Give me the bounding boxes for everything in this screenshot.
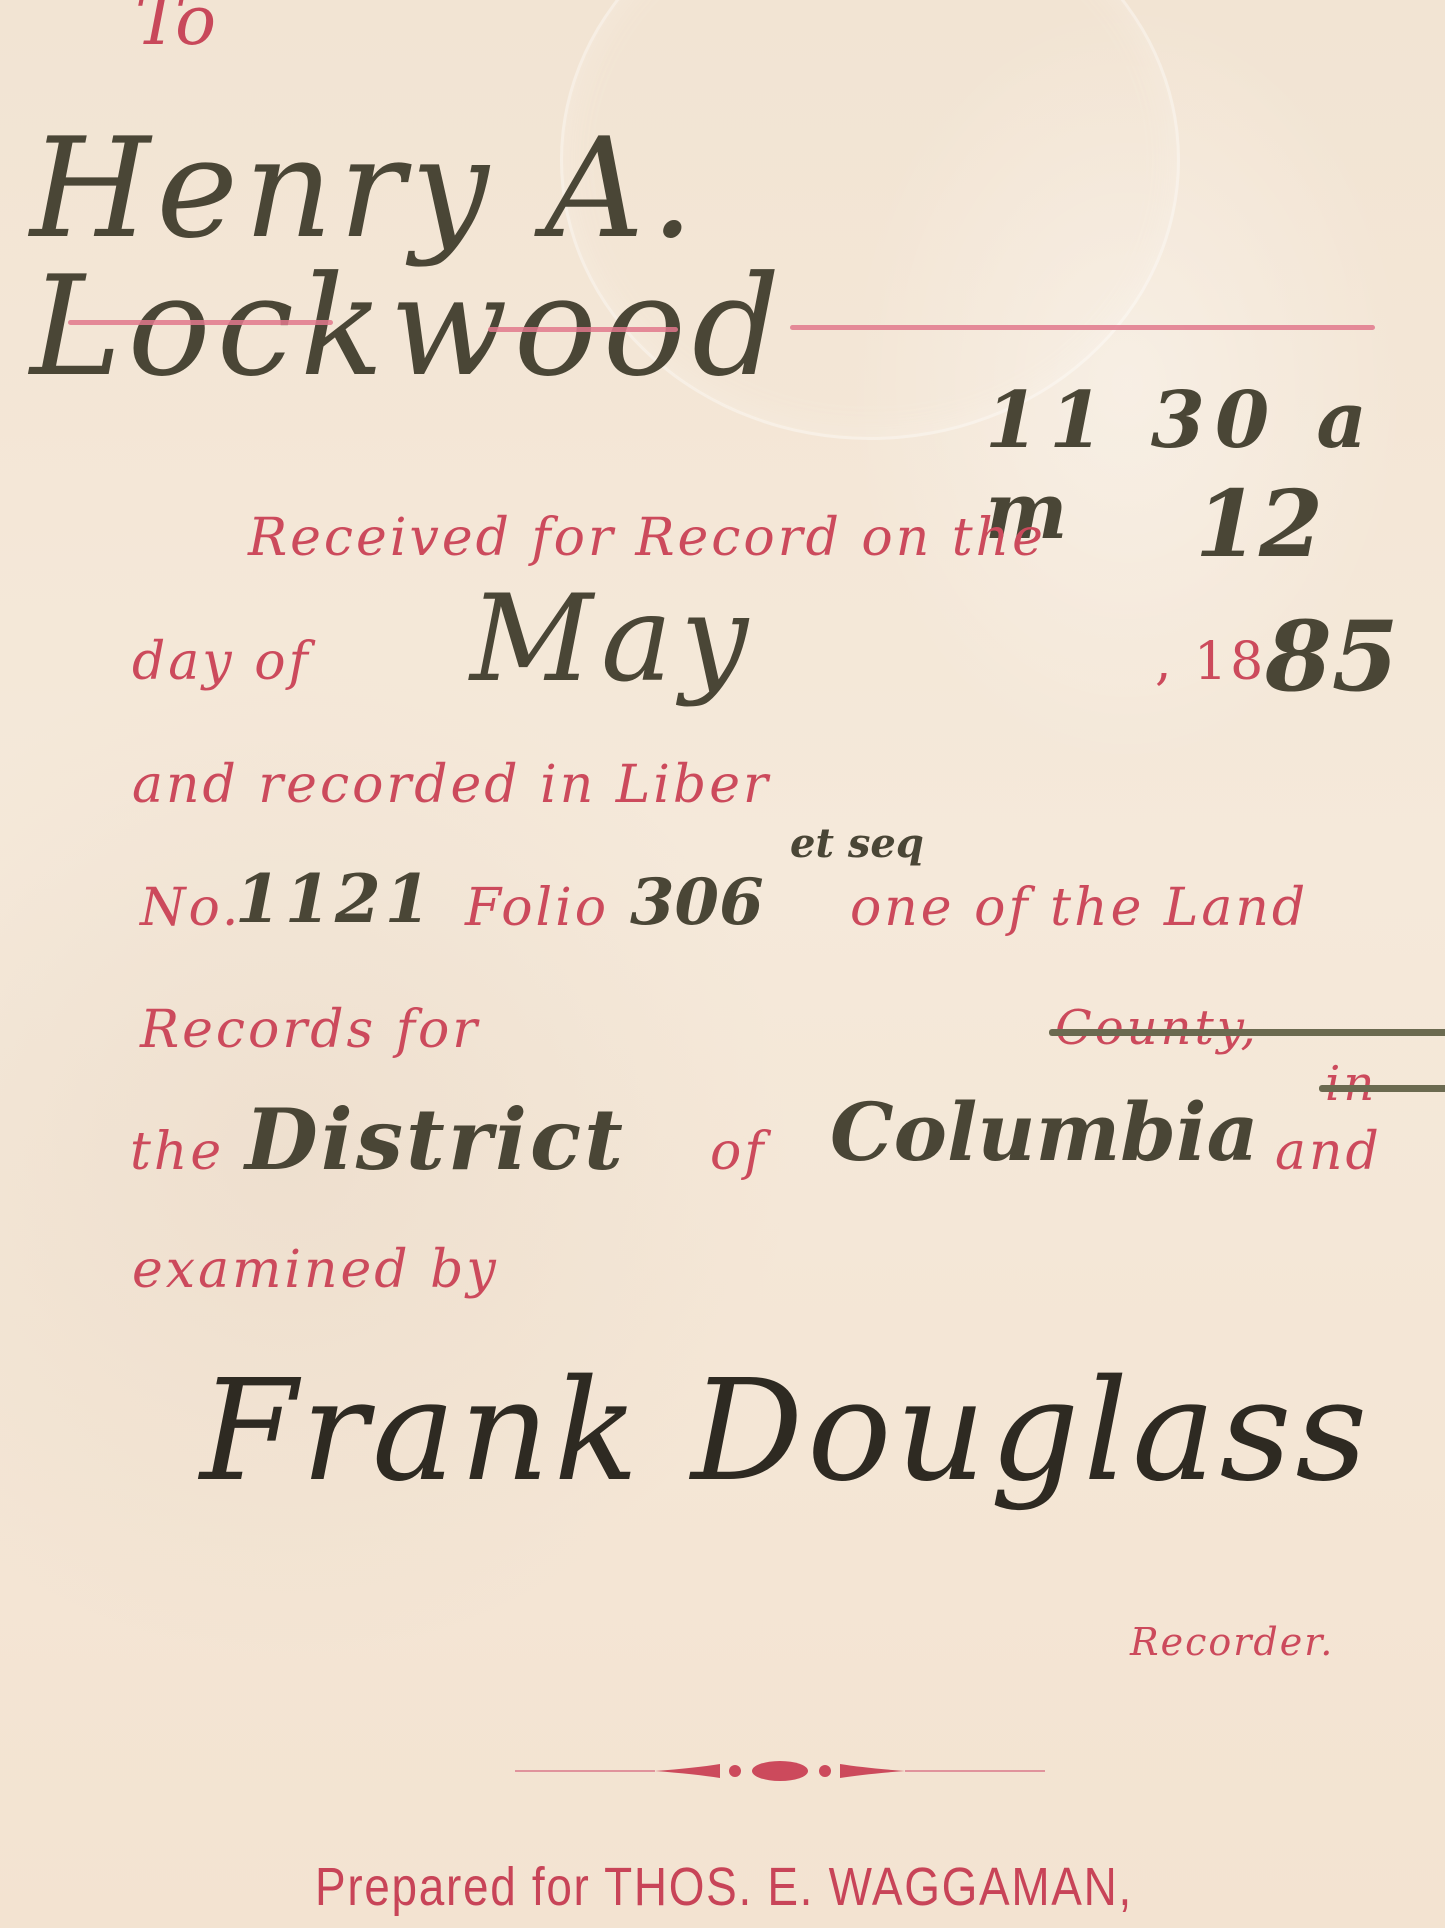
records-for-text: Records for — [140, 1000, 480, 1060]
underline-middle — [488, 327, 678, 332]
addressee-name: Henry A. Lockwood — [30, 120, 1445, 396]
year-prefix: , 18 — [1155, 632, 1266, 692]
day-of-text: day of — [132, 632, 311, 692]
year-suffix-handwritten: 85 — [1265, 600, 1399, 713]
received-for-record-text: Received for Record on the — [248, 508, 1046, 568]
recorded-in-liber-text: and recorded in Liber — [132, 755, 771, 815]
struck-county-text: County, — [1055, 1000, 1445, 1056]
folio-insert-et-seq: et seq — [790, 820, 924, 867]
liber-number: 1121 — [235, 860, 435, 938]
one-of-the-land-text: one of the Land — [850, 878, 1308, 938]
district-handwritten: District — [245, 1090, 626, 1189]
the-text: the — [130, 1122, 224, 1182]
folio-number: 306 — [630, 865, 764, 940]
recorder-label: Recorder. — [1130, 1620, 1334, 1664]
no-label: No. — [140, 878, 241, 938]
of-text: of — [710, 1122, 767, 1182]
and-text: and — [1275, 1122, 1382, 1182]
folio-label: Folio — [465, 878, 609, 938]
struck-in-text: in — [1325, 1056, 1445, 1112]
day-number: 12 — [1195, 470, 1323, 578]
prepared-for-text: Prepared for THOS. E. WAGGAMAN, — [315, 1856, 1133, 1918]
examined-by-text: examined by — [132, 1240, 499, 1300]
to-label: To — [135, 0, 216, 61]
underline-last — [790, 325, 1375, 330]
columbia-handwritten: Columbia — [830, 1085, 1258, 1179]
ornamental-divider — [515, 1760, 1045, 1782]
recorder-signature: Frank Douglass — [200, 1350, 1371, 1513]
underline-first — [68, 320, 333, 325]
month-handwritten: May — [470, 570, 756, 709]
